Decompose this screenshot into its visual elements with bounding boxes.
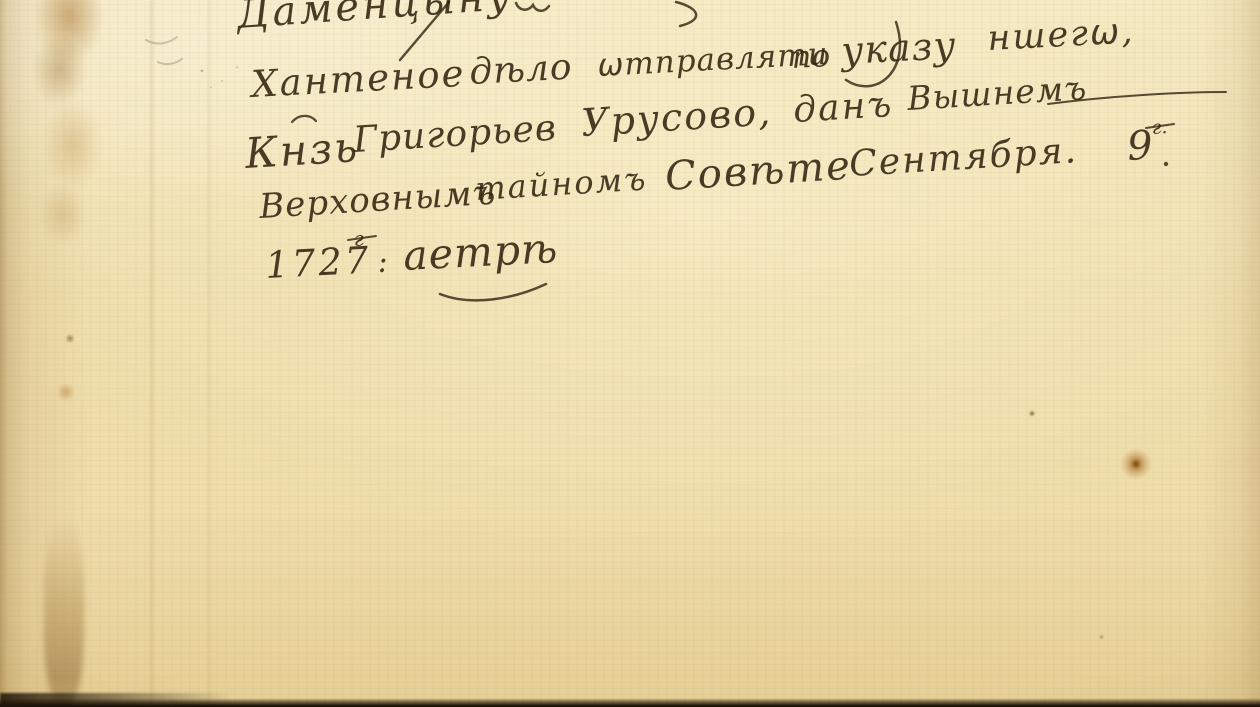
photo-vignette	[0, 0, 1260, 707]
manuscript-photo: Даменцыну Хантеное дѣло ѡтправляти по ук…	[0, 0, 1260, 707]
